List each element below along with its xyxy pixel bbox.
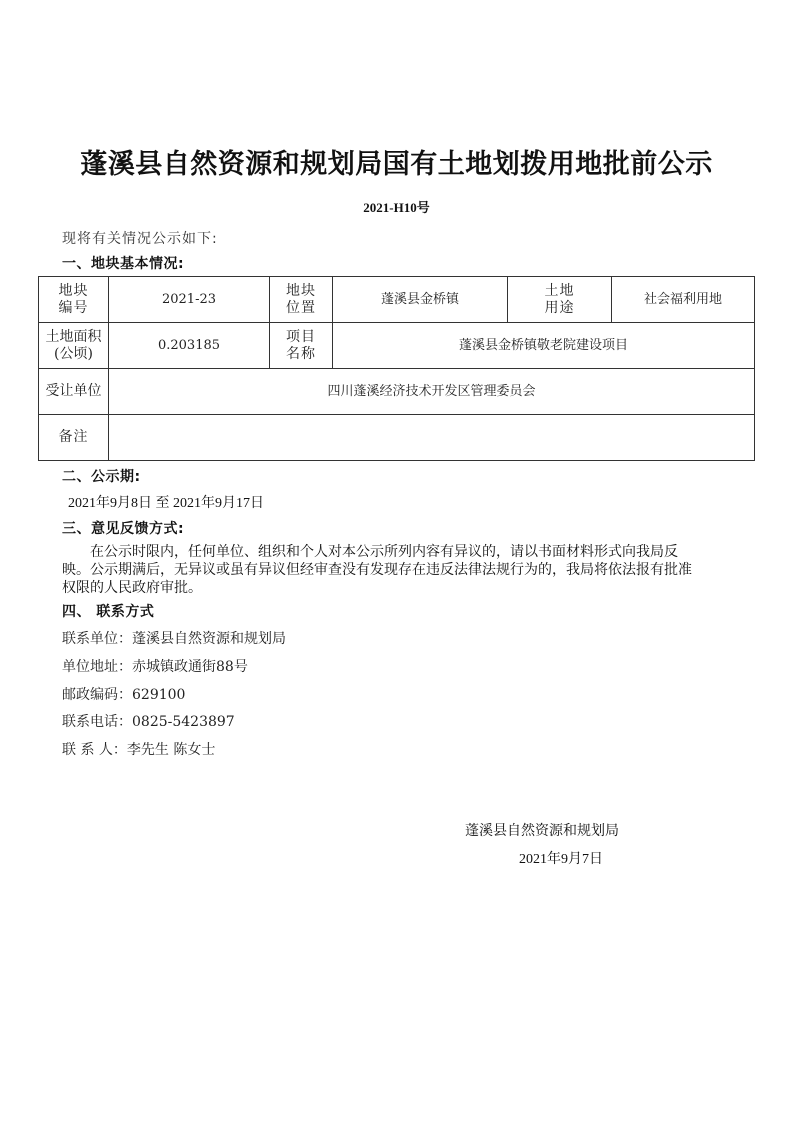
feedback-paragraph: 在公示时限内，任何单位、组织和个人对本公示所列内容有异议的，请以书面材料形式向我…: [62, 543, 702, 597]
grantee-label: 受让单位: [39, 369, 109, 415]
intro-text: 现将有关情况公示如下:: [62, 228, 218, 248]
contact-person: 联 系 人：李先生 陈女士: [62, 739, 215, 759]
area-value: 0.203185: [109, 323, 270, 369]
contact-unit: 联系单位：蓬溪县自然资源和规划局: [62, 628, 286, 648]
table-row: 备注: [39, 415, 755, 461]
area-label: 土地面积(公顷): [39, 323, 109, 369]
location-value: 蓬溪县金桥镇: [333, 277, 508, 323]
location-label: 地块位置: [270, 277, 333, 323]
section-heading-contact: 四、 联系方式: [62, 601, 154, 621]
publicity-period: 2021年9月8日 至 2021年9月17日: [68, 492, 264, 512]
document-number: 2021-H10号: [0, 197, 793, 216]
contact-phone: 联系电话：0825-5423897: [62, 711, 235, 731]
parcel-no-label: 地块编号: [39, 277, 109, 323]
parcel-no-value: 2021-23: [109, 277, 270, 323]
page-title: 蓬溪县自然资源和规划局国有土地划拨用地批前公示: [0, 142, 793, 181]
section-heading-publicity-period: 二、公示期:: [62, 466, 141, 486]
land-use-label: 土地用途: [508, 277, 612, 323]
table-row: 土地面积(公顷) 0.203185 项目名称 蓬溪县金桥镇敬老院建设项目: [39, 323, 755, 369]
remarks-value: [109, 415, 755, 461]
parcel-info-table: 地块编号 2021-23 地块位置 蓬溪县金桥镇 土地用途 社会福利用地 土地面…: [38, 276, 755, 461]
project-name-label: 项目名称: [270, 323, 333, 369]
contact-address: 单位地址：赤城镇政通街88号: [62, 656, 248, 676]
project-name-value: 蓬溪县金桥镇敬老院建设项目: [333, 323, 755, 369]
land-use-value: 社会福利用地: [612, 277, 755, 323]
table-row: 受让单位 四川蓬溪经济技术开发区管理委员会: [39, 369, 755, 415]
grantee-value: 四川蓬溪经济技术开发区管理委员会: [109, 369, 755, 415]
section-heading-parcel-info: 一、地块基本情况:: [62, 253, 184, 273]
contact-postcode: 邮政编码：629100: [62, 684, 185, 704]
table-row: 地块编号 2021-23 地块位置 蓬溪县金桥镇 土地用途 社会福利用地: [39, 277, 755, 323]
signature-date: 2021年9月7日: [519, 848, 603, 868]
remarks-label: 备注: [39, 415, 109, 461]
section-heading-feedback: 三、意见反馈方式:: [62, 518, 184, 538]
signature-org: 蓬溪县自然资源和规划局: [465, 820, 619, 840]
